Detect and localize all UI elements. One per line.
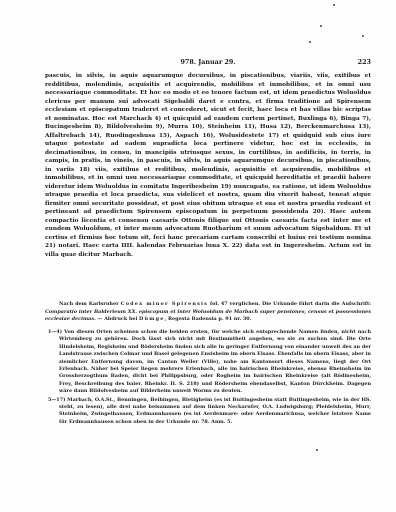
footnote-label: 5—17) [48,397,65,403]
footnote: 1—4) Von diesen Orten scheinen schon die… [45,329,371,396]
running-header: 978. Januar 29. 223 [45,58,371,68]
page-number: 223 [358,58,371,66]
charter-paragraph: pascuis, in silvis, in aquis aquarumque … [45,72,371,259]
source-note-paragraph: Nach dem Karlsruher Codex minor Spirensi… [45,301,371,324]
scan-speck [362,35,364,37]
header-title: 978. Januar 29. [45,58,371,66]
source-note: Nach dem Karlsruher Codex minor Spirensi… [45,301,371,324]
footnote-text: Marbach, O.A.St., Benningen, Beihingen, … [59,397,371,425]
source-text-2: fol. 47 verglichen. Die Urkunde führt da… [210,301,371,307]
scan-speck [320,25,322,27]
source-text-3: — Abdruck bei [98,316,138,322]
charter-text: pascuis, in silvis, in aquis aquarumque … [45,72,371,259]
source-text-4: , Regesta Badensia p. 91 nr. 30. [165,316,252,322]
document-page: 978. Januar 29. 223 pascuis, in silvis, … [0,0,396,512]
footnotes: 1—4) Von diesen Orten scheinen schon die… [45,329,371,427]
scan-speck [309,41,311,43]
footnote: 5—17) Marbach, O.A.St., Benningen, Beihi… [45,397,371,427]
scan-speck [333,4,335,6]
author-name: Dümge [139,316,165,322]
codex-name: Codex minor Spirensis [121,301,208,307]
footnote-label: 1—4) [48,329,62,335]
scan-speck [316,449,318,451]
footnote-text: Von diesen Orten scheinen schon die beid… [59,329,371,394]
source-text-1: Nach dem Karlsruher [59,301,119,307]
